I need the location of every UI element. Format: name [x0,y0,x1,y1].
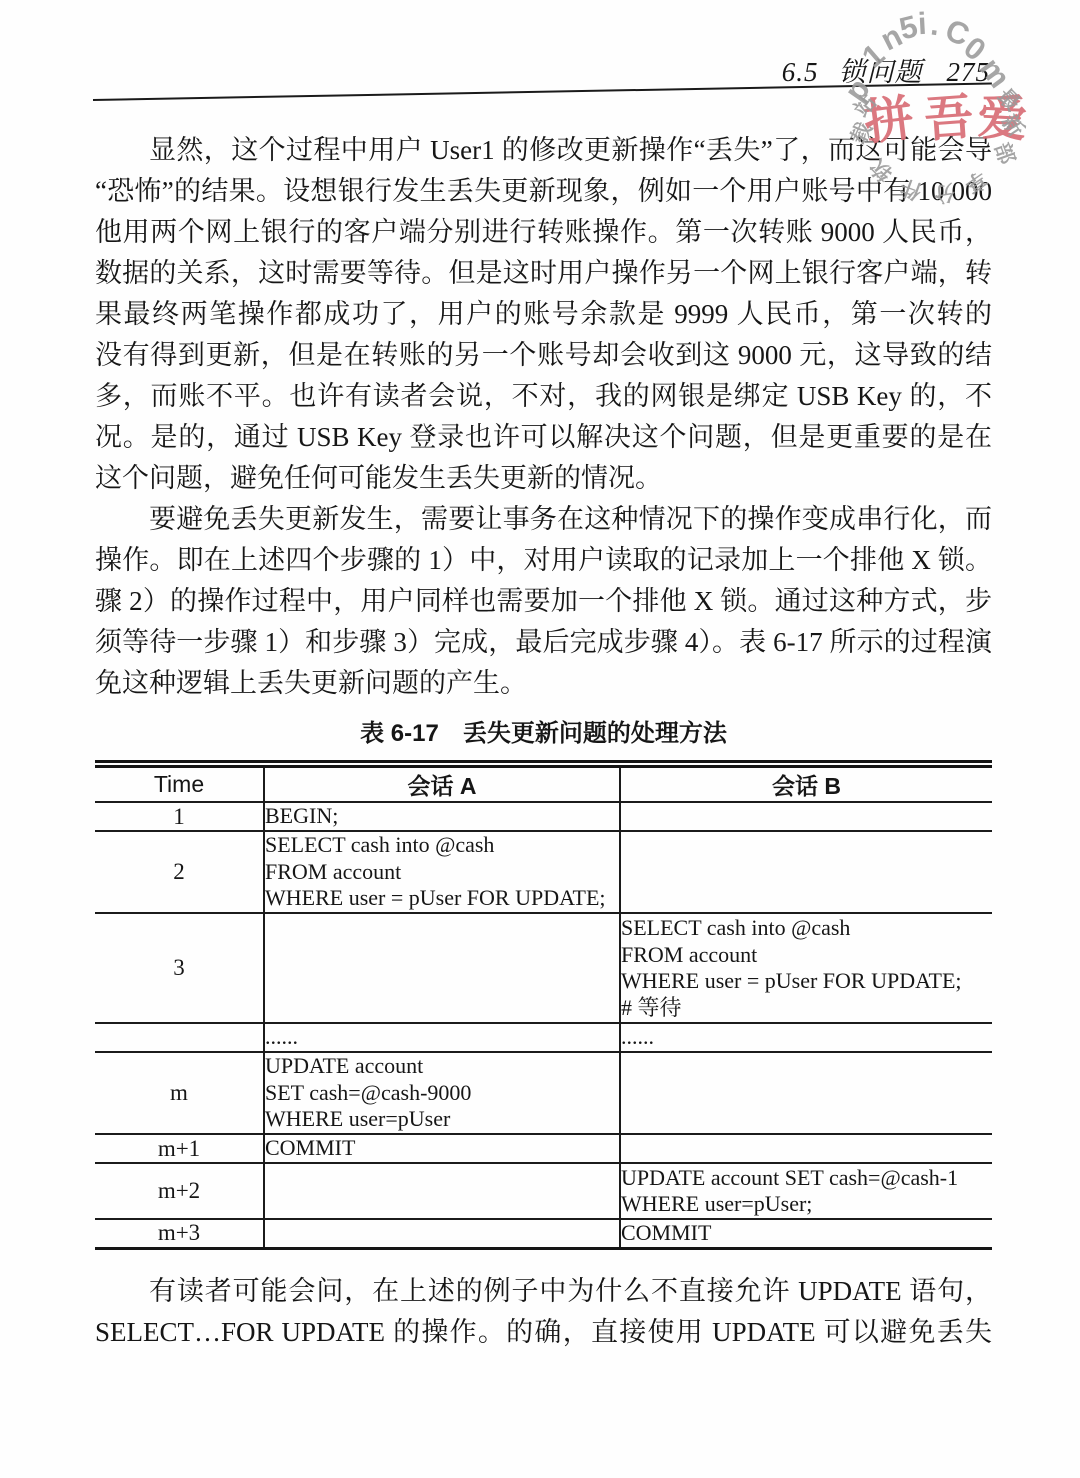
session-b-cell [620,831,992,913]
text-line: 没有得到更新，但是在转账的另一个账号却会收到这 9000 元，这导致的结果就是钱… [95,335,992,376]
table-caption-text: 丢失更新问题的处理方法 [463,720,727,747]
text-line: 这个问题，避免任何可能发生丢失更新的情况。 [95,458,992,499]
session-a-cell [264,1163,620,1219]
column-header-session-b: 会话 B [620,764,992,802]
watermark-arc-letter: C [940,12,974,54]
table-header-row: Time 会话 A 会话 B [95,764,992,802]
table-row: m UPDATE account SET cash=@cash-9000 WHE… [95,1052,992,1134]
text-line: 多，而账不平。也许有读者会说，不对，我的网银是绑定 USB Key 的，不会发生… [95,376,992,417]
header-rule [93,83,992,101]
text-line: 骤 2）的操作过程中，用户同样也需要加一个排他 X 锁。通过这种方式，步骤 2）… [95,581,992,622]
time-cell: m+1 [95,1134,264,1163]
watermark-ring-char: 最 [991,81,1027,117]
session-a-cell: ...... [264,1023,620,1052]
watermark-arc-letter: i [917,6,927,42]
time-cell: 3 [95,913,264,1023]
table-row: ...... ...... [95,1023,992,1052]
text-line: 数据的关系，这时需要等待。但是这时用户操作另一个网上银行客户端，转账 1 元，如 [95,253,992,294]
column-header-time: Time [95,764,264,802]
watermark-arc-letter: . [929,7,943,44]
watermark-ring-char: 新 [995,108,1032,142]
text-line: 果最终两笔操作都成功了，用户的账号余款是 9999 人民币，第一次转的 9000… [95,294,992,335]
lost-update-table: Time 会话 A 会话 B 1 BEGIN; 2 SELECT cash in… [95,760,992,1250]
time-cell: 2 [95,831,264,913]
text-line: “恐怖”的结果。设想银行发生丢失更新现象，例如一个用户账号中有 10 000 元… [95,171,992,212]
session-b-cell: UPDATE account SET cash=@cash-1 WHERE us… [620,1163,992,1219]
text-line: 况。是的，通过 USB Key 登录也许可以解决这个问题，但是更重要的是在数据库… [95,417,992,458]
paragraph: 有读者可能会问，在上述的例子中为什么不直接允许 UPDATE 语句，而首先要进行… [95,1271,992,1353]
watermark-ring-char: 站 [846,87,882,122]
table-row: 2 SELECT cash into @cash FROM account WH… [95,831,992,913]
text-line: 操作。即在上述四个步骤的 1）中，对用户读取的记录加上一个排他 X 锁。同样，在… [95,540,992,581]
section-number: 6.5 [782,57,819,87]
table-caption-label: 表 6-17 [360,720,439,747]
table-row: 1 BEGIN; [95,802,992,831]
time-cell [95,1023,264,1052]
text-column: 显然，这个过程中用户 User1 的修改更新操作“丢失”了，而这可能会导致一个 … [95,130,992,1353]
table-row: m+1 COMMIT [95,1134,992,1163]
session-b-cell [620,1134,992,1163]
column-header-session-a: 会话 A [264,764,620,802]
session-b-cell: ...... [620,1023,992,1052]
session-b-cell [620,1052,992,1134]
table-row: m+3 COMMIT [95,1219,992,1248]
text-line: 须等待一步骤 1）和步骤 3）完成，最后完成步骤 4）。表 6-17 所示的过程… [95,622,992,663]
text-line: 要避免丢失更新发生，需要让事务在这种情况下的操作变成串行化，而不是并行的 [95,499,992,540]
session-b-cell [620,802,992,831]
time-cell: m+3 [95,1219,264,1248]
time-cell: m+2 [95,1163,264,1219]
session-a-cell: BEGIN; [264,802,620,831]
section-title: 锁问题 [839,57,923,87]
text-line: 他用两个网上银行的客户端分别进行转账操作。第一次转账 9000 人民币，因为网络… [95,212,992,253]
table-row: m+2 UPDATE account SET cash=@cash-1 WHER… [95,1163,992,1219]
session-a-cell: UPDATE account SET cash=@cash-9000 WHERE… [264,1052,620,1134]
text-line: 免这种逻辑上丢失更新问题的产生。 [95,663,992,704]
time-cell: m [95,1052,264,1134]
book-page: 6.5锁问题275 p 1 n 5 i . C 0 m 拼 吾 爱 站 载 最 … [0,0,1080,1478]
session-a-cell: COMMIT [264,1134,620,1163]
watermark-arc-letter: 5 [896,8,921,47]
time-cell: 1 [95,802,264,831]
table-row: 3 SELECT cash into @cash FROM account WH… [95,913,992,1023]
session-a-cell [264,1219,620,1248]
paragraph: 显然，这个过程中用户 User1 的修改更新操作“丢失”了，而这可能会导致一个 … [95,130,992,499]
paragraph: 要避免丢失更新发生，需要让事务在这种情况下的操作变成串行化，而不是并行的 操作。… [95,499,992,704]
watermark-ring-char: 部 [988,138,1023,168]
text-line: 显然，这个过程中用户 User1 的修改更新操作“丢失”了，而这可能会导致一个 [95,130,992,171]
table-caption: 表 6-17丢失更新问题的处理方法 [95,718,992,750]
session-b-cell: COMMIT [620,1219,992,1248]
session-b-cell: SELECT cash into @cash FROM account WHER… [620,913,992,1023]
text-line: 有读者可能会问，在上述的例子中为什么不直接允许 UPDATE 语句，而首先要进行 [95,1271,992,1312]
session-a-cell [264,913,620,1023]
session-a-cell: SELECT cash into @cash FROM account WHER… [264,831,620,913]
text-line: SELECT…FOR UPDATE 的操作。的确，直接使用 UPDATE 可以避… [95,1312,992,1353]
